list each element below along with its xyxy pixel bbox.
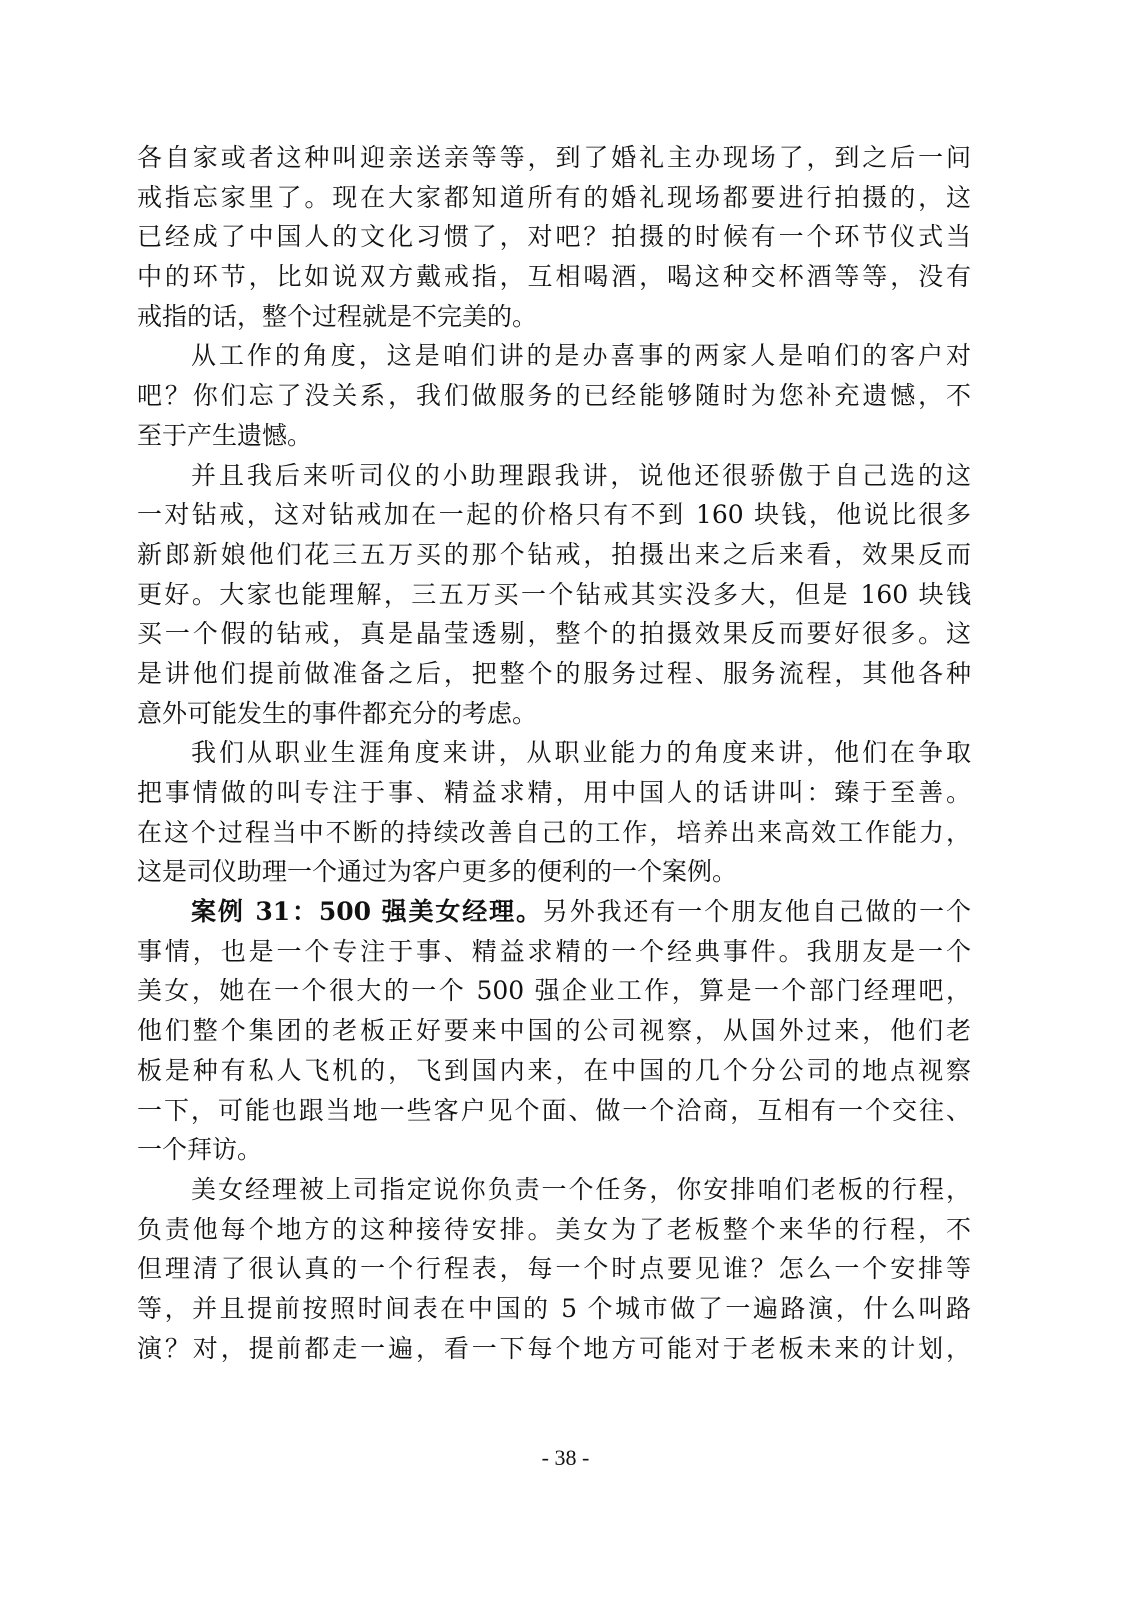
text-line: 演？对，提前都走一遍，看一下每个地方可能对于老板未来的计划， <box>137 1329 971 1369</box>
text-line: 各自家或者这种叫迎亲送亲等等，到了婚礼主办现场了，到之后一问 <box>137 138 971 178</box>
text-line: 但理清了很认真的一个行程表，每一个时点要见谁？怎么一个安排等 <box>137 1249 971 1289</box>
text-line: 美女经理被上司指定说你负责一个任务，你安排咱们老板的行程， <box>137 1170 971 1210</box>
paragraph: 并且我后来听司仪的小助理跟我讲，说他还很骄傲于自己选的这 一对钻戒，这对钻戒加在… <box>137 456 971 734</box>
text-line: 一对钻戒，这对钻戒加在一起的价格只有不到 160 块钱，他说比很多 <box>137 495 971 535</box>
text-line: 戒指忘家里了。现在大家都知道所有的婚礼现场都要进行拍摄的，这 <box>137 178 971 218</box>
text-line: 新郎新娘他们花三五万买的那个钻戒，拍摄出来之后来看，效果反而 <box>137 535 971 575</box>
paragraph-case-31: 案例 31：500 强美女经理。另外我还有一个朋友他自己做的一个 事情，也是一个… <box>137 892 971 1170</box>
document-body: 各自家或者这种叫迎亲送亲等等，到了婚礼主办现场了，到之后一问 戒指忘家里了。现在… <box>137 138 971 1368</box>
text-line: 意外可能发生的事件都充分的考虑。 <box>137 694 971 734</box>
text-line: 吧？你们忘了没关系，我们做服务的已经能够随时为您补充遗憾，不 <box>137 376 971 416</box>
case-heading: 案例 31：500 强美女经理。 <box>191 897 543 926</box>
paragraph: 美女经理被上司指定说你负责一个任务，你安排咱们老板的行程， 负责他每个地方的这种… <box>137 1170 971 1368</box>
text-line: 已经成了中国人的文化习惯了，对吧？拍摄的时候有一个环节仪式当 <box>137 217 971 257</box>
text-line: 等，并且提前按照时间表在中国的 5 个城市做了一遍路演，什么叫路 <box>137 1289 971 1329</box>
text-line: 一个拜访。 <box>137 1130 971 1170</box>
text-line: 他们整个集团的老板正好要来中国的公司视察，从国外过来，他们老 <box>137 1011 971 1051</box>
paragraph: 我们从职业生涯角度来讲，从职业能力的角度来讲，他们在争取 把事情做的叫专注于事、… <box>137 733 971 892</box>
text-line: 美女，她在一个很大的一个 500 强企业工作，算是一个部门经理吧， <box>137 971 971 1011</box>
text-line: 并且我后来听司仪的小助理跟我讲，说他还很骄傲于自己选的这 <box>137 456 971 496</box>
text-line: 板是种有私人飞机的，飞到国内来，在中国的几个分公司的地点视察 <box>137 1051 971 1091</box>
text-line: 在这个过程当中不断的持续改善自己的工作，培养出来高效工作能力， <box>137 813 971 853</box>
text-line: 事情，也是一个专注于事、精益求精的一个经典事件。我朋友是一个 <box>137 932 971 972</box>
text-line: 买一个假的钻戒，真是晶莹透剔，整个的拍摄效果反而要好很多。这 <box>137 614 971 654</box>
text-line: 把事情做的叫专注于事、精益求精，用中国人的话讲叫：臻于至善。 <box>137 773 971 813</box>
text-line: 案例 31：500 强美女经理。另外我还有一个朋友他自己做的一个 <box>137 892 971 932</box>
text-line: 一下，可能也跟当地一些客户见个面、做一个洽商，互相有一个交往、 <box>137 1091 971 1131</box>
page-number: - 38 - <box>0 1445 1131 1471</box>
case-intro-text: 另外我还有一个朋友他自己做的一个 <box>543 897 971 926</box>
text-line: 这是司仪助理一个通过为客户更多的便利的一个案例。 <box>137 852 971 892</box>
text-line: 中的环节，比如说双方戴戒指，互相喝酒，喝这种交杯酒等等，没有 <box>137 257 971 297</box>
text-line: 至于产生遗憾。 <box>137 416 971 456</box>
text-line: 负责他每个地方的这种接待安排。美女为了老板整个来华的行程，不 <box>137 1210 971 1250</box>
text-line: 从工作的角度，这是咱们讲的是办喜事的两家人是咱们的客户对 <box>137 336 971 376</box>
text-line: 我们从职业生涯角度来讲，从职业能力的角度来讲，他们在争取 <box>137 733 971 773</box>
text-line: 戒指的话，整个过程就是不完美的。 <box>137 297 971 337</box>
paragraph: 各自家或者这种叫迎亲送亲等等，到了婚礼主办现场了，到之后一问 戒指忘家里了。现在… <box>137 138 971 336</box>
paragraph: 从工作的角度，这是咱们讲的是办喜事的两家人是咱们的客户对 吧？你们忘了没关系，我… <box>137 336 971 455</box>
text-line: 更好。大家也能理解，三五万买一个钻戒其实没多大，但是 160 块钱 <box>137 575 971 615</box>
text-line: 是讲他们提前做准备之后，把整个的服务过程、服务流程，其他各种 <box>137 654 971 694</box>
